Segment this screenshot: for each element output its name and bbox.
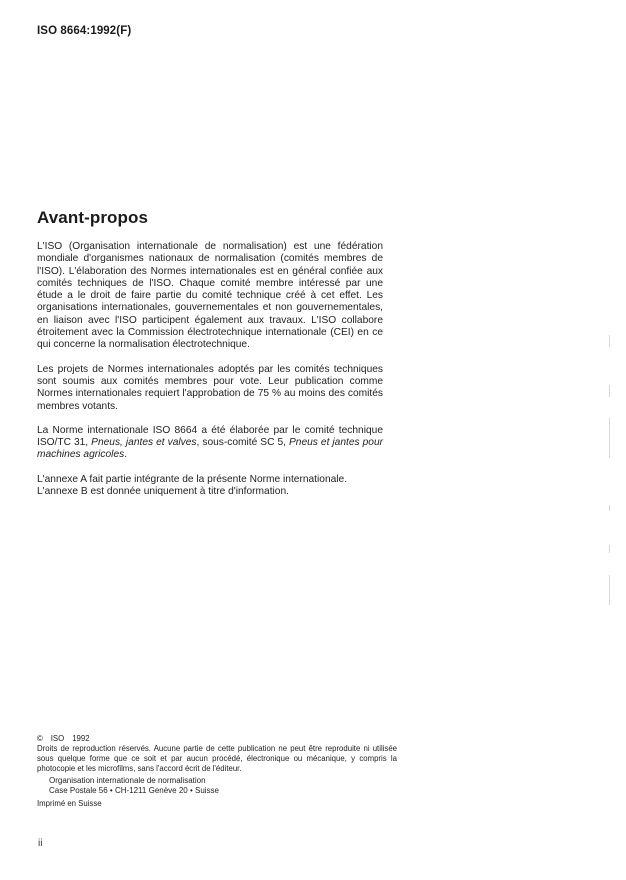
foreword-body: L'ISO (Organisation internationale de no… xyxy=(37,241,383,510)
annex-a-line: L'annexe A fait partie intégrante de la … xyxy=(37,474,347,485)
paragraph-committee: La Norme internationale ISO 8664 a été é… xyxy=(37,425,383,462)
paragraph-voting: Les projets de Normes internationales ad… xyxy=(37,364,383,413)
scan-artifact xyxy=(609,575,610,605)
copyright-icon: © xyxy=(37,734,43,744)
committee-text-3: . xyxy=(124,449,127,460)
rights-notice: Droits de reproduction réservés. Aucune … xyxy=(37,744,397,774)
publisher-block: Organisation internationale de normalisa… xyxy=(37,776,397,796)
publisher-name: Organisation internationale de normalisa… xyxy=(49,776,397,786)
copyright-year: 1992 xyxy=(72,734,89,744)
scan-artifact xyxy=(609,335,610,347)
paragraph-iso-intro: L'ISO (Organisation internationale de no… xyxy=(37,241,383,352)
publisher-address: Case Postale 56 • CH-1211 Genève 20 • Su… xyxy=(49,786,397,796)
paragraph-annexes: L'annexe A fait partie intégrante de la … xyxy=(37,474,383,499)
annex-b-line: L'annexe B est donnée uniquement à titre… xyxy=(37,486,289,497)
committee-name-italic: Pneus, jantes et valves xyxy=(91,437,196,448)
document-header-standard-id: ISO 8664:1992(F) xyxy=(37,25,131,37)
scan-artifact xyxy=(609,418,610,458)
scan-artifact xyxy=(609,505,610,511)
scan-artifact xyxy=(609,385,610,397)
page-number: ii xyxy=(38,838,42,849)
copyright-line: © ISO 1992 xyxy=(37,734,397,744)
copyright-footer: © ISO 1992 Droits de reproduction réserv… xyxy=(37,734,397,809)
copyright-org: ISO xyxy=(51,734,64,744)
scan-artifact xyxy=(609,545,610,553)
section-title: Avant-propos xyxy=(37,208,148,228)
printed-in: Imprimé en Suisse xyxy=(37,799,397,809)
committee-text-2: , sous-comité SC 5, xyxy=(197,437,289,448)
